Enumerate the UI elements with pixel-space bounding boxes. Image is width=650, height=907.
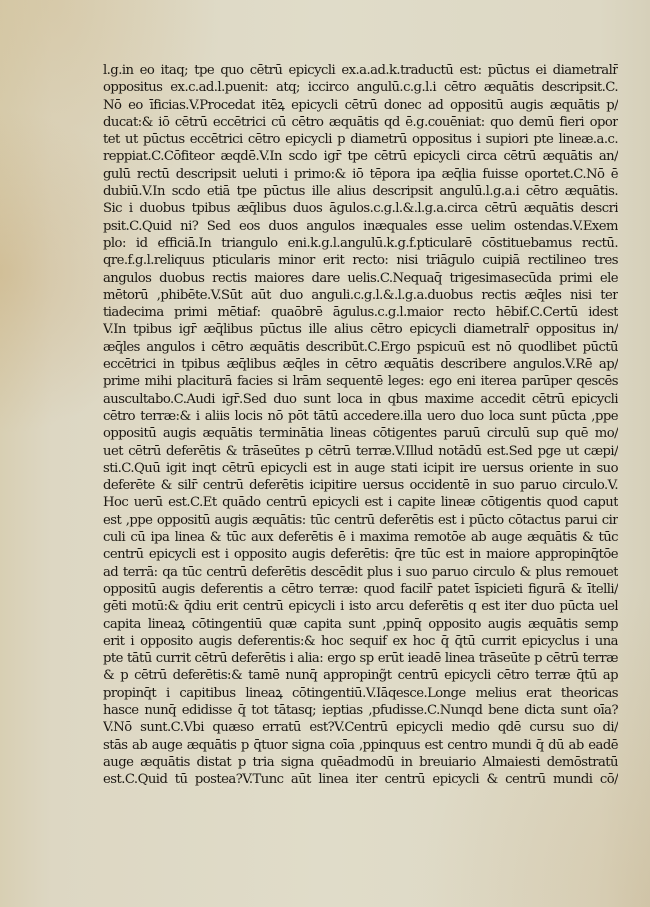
text-line: centrū epicycli est i opposito augis def… [103,546,618,563]
text-line: deferēte & silr̄ centrū deferētis icipit… [103,477,618,494]
text-line: mētorū ,phibēte.V.Sūt aūt duo anguli.c.g… [103,287,618,304]
text-line: gēti motū:& q̄diu erit centrū epicycli i… [103,598,618,615]
body-text: l.g.in eo itaq; tpe quo cētrū epicycli e… [103,62,618,788]
text-line: auscultabo.C.Audi igr̄.Sed duo sunt loca… [103,391,618,408]
text-line: stās ab auge æquātis p q̄tuor signa coīa… [103,737,618,754]
text-line: capita lineaꝝ cōtingentiū quæ capita sun… [103,616,618,633]
text-line: oppositus ex.c.ad.l.puenit: atq; iccirco… [103,79,618,96]
text-line: psit.C.Quid ni? Sed eos duos angulos inæ… [103,218,618,235]
text-line: uet cētrū deferētis & trāseūtes p cētrū … [103,443,618,460]
text-line: ducat:& iō cētrū eccētrici cū cētro æquā… [103,114,618,131]
text-line: auge æquātis distat p tria signa quēadmo… [103,754,618,771]
text-line: est ,ppe oppositū augis æquātis: tūc cen… [103,512,618,529]
text-line: sti.C.Quū igit inqt cētrū epicycli est i… [103,460,618,477]
text-line: & p cētrū deferētis:& tamē nunq̄ appropi… [103,667,618,684]
text-line: pte tātū currit cētrū deferētis i alia: … [103,650,618,667]
text-line: V.Nō sunt.C.Vbi quæso erratū est?V.Centr… [103,719,618,736]
text-line: dubiū.V.In scd̄o etiā tpe pūctus ille al… [103,183,618,200]
text-line: l.g.in eo itaq; tpe quo cētrū epicycli e… [103,62,618,79]
text-line: plo: id efficiā.In triangulo eni.k.g.l.a… [103,235,618,252]
text-line: oppositū augis deferentis a cētro terræ:… [103,581,618,598]
text-line: Nō eo īficias.V.Procedat itēꝝ epicycli c… [103,97,618,114]
text-line: ad terrā: qa tūc centrū deferētis descēd… [103,564,618,581]
text-line: prime mihi placiturā facies si lrām sequ… [103,373,618,390]
text-line: qre.f.g.l.reliquus pticularis minor erit… [103,252,618,269]
text-line: V.In tpibus igr̄ æq̄libus pūctus ille al… [103,321,618,338]
text-line: cētro terræ:& i aliis locis nō pōt tātū … [103,408,618,425]
text-line: est.C.Quid tū postea?V.Tunc aūt linea it… [103,771,618,788]
text-line: erit i opposito augis deferentis:& hoc s… [103,633,618,650]
scanned-page: l.g.in eo itaq; tpe quo cētrū epicycli e… [0,0,650,907]
text-line: Hoc uerū est.C.Et quādo centrū epicycli … [103,494,618,511]
text-line: tet ut pūctus eccētrici cētro epicycli p… [103,131,618,148]
text-line: oppositū augis æquātis terminātia lineas… [103,425,618,442]
text-line: æq̄les angulos i cētro æquātis describūt… [103,339,618,356]
text-line: Sic i duobus tpibus æq̄libus duos āgulos… [103,200,618,217]
text-line: culi cū ipa linea & tūc aux deferētis ē … [103,529,618,546]
text-line: hasce nunq̄ edidisse q̄ tot tātasq; iept… [103,702,618,719]
text-line: eccētrici in tpibus æq̄libus æq̄les in c… [103,356,618,373]
text-line: reppiat.C.Cōfiteor æqdē.V.In scd̄o igr̄ … [103,148,618,165]
text-line: gulū rectū descripsit ueluti i primo:& i… [103,166,618,183]
text-line: tiadecima primi mētiaf: quaōbrē āgulus.c… [103,304,618,321]
text-line: propinq̄t i capitibus lineaꝝ cōtingentiū… [103,685,618,702]
text-line: angulos duobus rectis maiores dare uelis… [103,270,618,287]
